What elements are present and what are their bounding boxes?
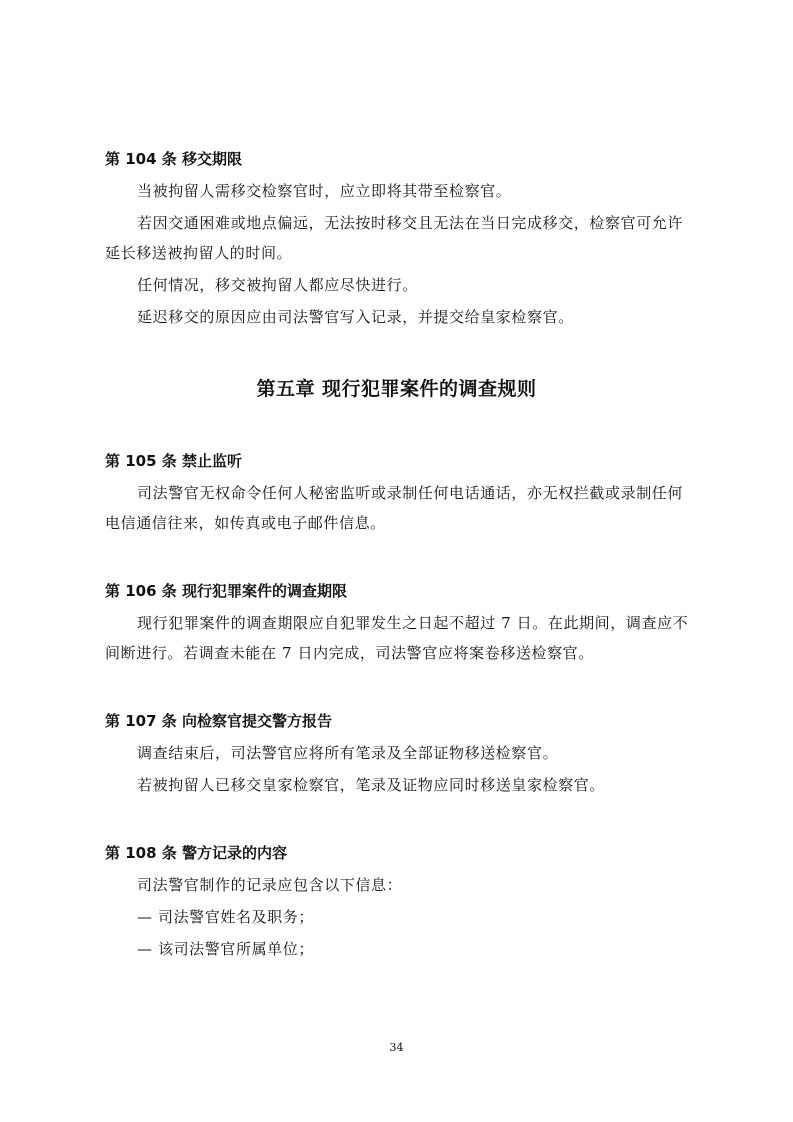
article-108-title: 第 108 条 警方记录的内容 (105, 843, 287, 863)
page-number: 34 (0, 1041, 793, 1055)
article-108-list-item-2: — 该司法警官所属单位； (137, 939, 314, 959)
article-104-paragraph-3: 任何情况，移交被拘留人都应尽快进行。 (137, 275, 418, 295)
article-105-paragraph-1-line-2: 电信通信往来，如传真或电子邮件信息。 (105, 513, 386, 533)
article-105-title: 第 105 条 禁止监听 (105, 451, 242, 471)
article-106-title: 第 106 条 现行犯罪案件的调查期限 (105, 581, 347, 601)
chapter-title: 第五章 现行犯罪案件的调查规则 (0, 377, 793, 401)
article-108-list-item-1: — 司法警官姓名及职务； (137, 907, 314, 927)
article-104-paragraph-4: 延迟移交的原因应由司法警官写入记录，并提交给皇家检察官。 (137, 307, 574, 327)
article-105-paragraph-1-line-1: 司法警官无权命令任何人秘密监听或录制任何电话通话，亦无权拦截或录制任何 (137, 483, 683, 503)
article-106-paragraph-1-line-1: 现行犯罪案件的调查期限应自犯罪发生之日起不超过 7 日。在此期间，调查应不 (137, 613, 688, 633)
article-107-title: 第 107 条 向检察官提交警方报告 (105, 711, 332, 731)
article-104-paragraph-1: 当被拘留人需移交检察官时，应立即将其带至检察官。 (137, 181, 511, 201)
article-104-paragraph-2-line-1: 若因交通困难或地点偏远，无法按时移交且无法在当日完成移交，检察官可允许 (137, 213, 683, 233)
article-104-title: 第 104 条 移交期限 (105, 149, 242, 169)
article-108-paragraph-1: 司法警官制作的记录应包含以下信息： (137, 875, 402, 895)
article-107-paragraph-1: 调查结束后，司法警官应将所有笔录及全部证物移送检察官。 (137, 743, 558, 763)
document-page: 第 104 条 移交期限 当被拘留人需移交检察官时，应立即将其带至检察官。 若因… (0, 0, 793, 1122)
article-106-paragraph-1-line-2: 间断进行。若调查未能在 7 日内完成，司法警官应将案卷移送检察官。 (105, 643, 594, 663)
article-104-paragraph-2-line-2: 延长移送被拘留人的时间。 (105, 243, 292, 263)
article-107-paragraph-2: 若被拘留人已移交皇家检察官，笔录及证物应同时移送皇家检察官。 (137, 775, 605, 795)
